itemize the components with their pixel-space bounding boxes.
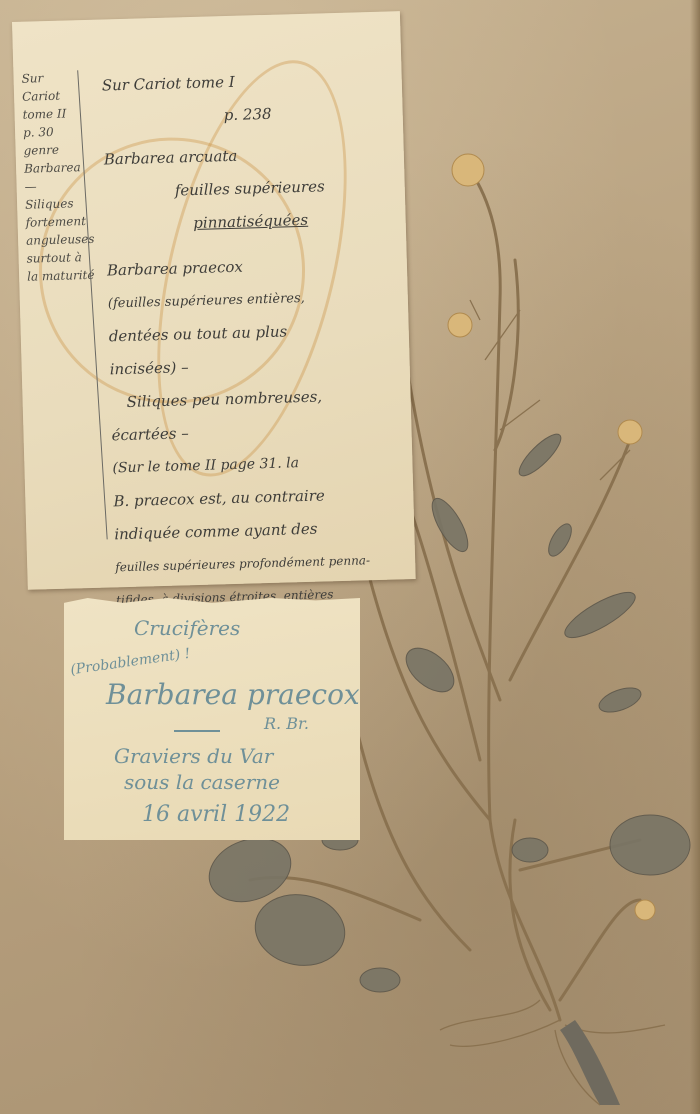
margin-line: fortement (25, 212, 91, 232)
label-divider (174, 730, 220, 732)
margin-line: la maturité (27, 266, 93, 286)
margin-line: surtout à (26, 248, 92, 268)
handwritten-note-sheet: Sur Cariot tome II p. 30 genre Barbarea … (12, 11, 416, 590)
label-author: R. Br. (264, 714, 309, 733)
margin-line: tome II (22, 104, 88, 124)
label-qualifier: (Probablement) ! (69, 646, 191, 679)
margin-notes: Sur Cariot tome II p. 30 genre Barbarea … (21, 68, 93, 286)
specimen-label: Crucifères (Probablement) ! Barbarea pra… (64, 598, 360, 840)
note-line: pinnatiséquées (105, 201, 396, 242)
margin-line: Barbarea (24, 158, 90, 178)
margin-line: Sur (21, 68, 87, 88)
herbarium-sheet: Sur Cariot tome II p. 30 genre Barbarea … (0, 0, 700, 1114)
margin-line: p. 30 (23, 122, 89, 142)
note-body: Sur Cariot tome I p. 238 Barbarea arcuat… (101, 61, 406, 617)
label-locality: sous la caserne (124, 770, 280, 794)
label-species: Barbarea praecox (106, 678, 360, 711)
label-date: 16 avril 1922 (142, 802, 290, 827)
margin-line: genre (23, 140, 89, 160)
margin-line: anguleuses (26, 230, 92, 250)
margin-line: Siliques (25, 194, 91, 214)
label-locality: Graviers du Var (114, 744, 273, 768)
margin-line: — (24, 176, 90, 196)
label-family: Crucifères (134, 616, 240, 640)
margin-line: Cariot (22, 86, 88, 106)
